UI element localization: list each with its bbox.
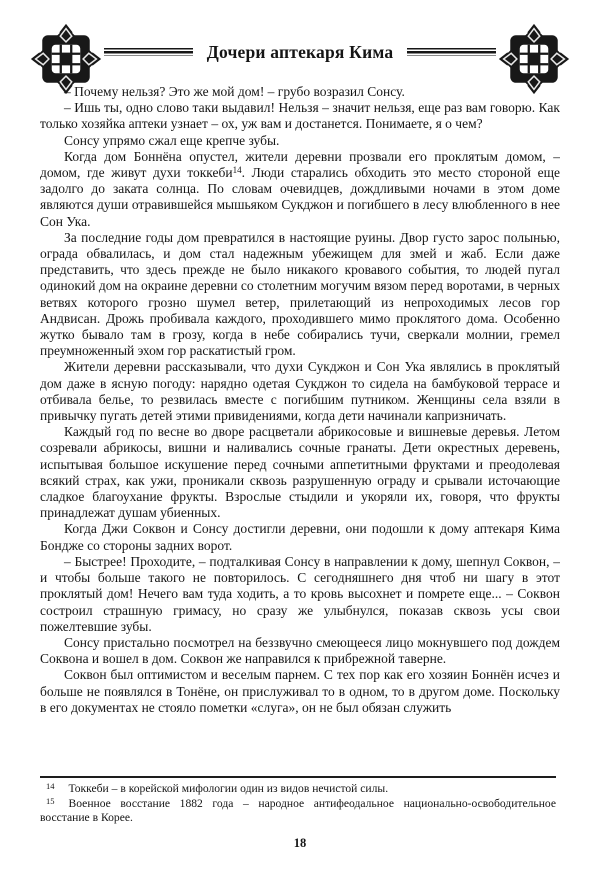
header-rule-right — [407, 48, 496, 57]
footnote-marker: 14 — [46, 781, 55, 791]
paragraph: Сонсу упрямо сжал еще крепче зубы. — [40, 133, 560, 149]
paragraph: – Ишь ты, одно слово таки выдавил! Нельз… — [40, 100, 560, 132]
running-title: Дочери аптекаря Кима — [193, 42, 408, 63]
book-page: Дочери аптекаря Кима — [0, 0, 600, 870]
footnote-item: 15Военное восстание 1882 года – народное… — [40, 797, 556, 826]
paragraph: Когда дом Боннёна опустел, жители деревн… — [40, 149, 560, 230]
paragraph: Когда Джи Соквон и Сонсу достигли деревн… — [40, 521, 560, 553]
footnote-text: Военное восстание 1882 года – народное а… — [40, 797, 556, 825]
header-rule-left — [104, 48, 193, 57]
footnote-text: Токкеби – в корейской мифологии один из … — [69, 782, 389, 795]
paragraph: Каждый год по весне во дворе расцветали … — [40, 424, 560, 521]
paragraph: За последние годы дом превратился в наст… — [40, 230, 560, 360]
paragraph: – Быстрее! Проходите, – подталкивая Сонс… — [40, 554, 560, 635]
paragraph: Сонсу пристально посмотрел на беззвучно … — [40, 635, 560, 667]
footnote-marker: 15 — [46, 796, 55, 806]
paragraph: Жители деревни рассказывали, что духи Су… — [40, 359, 560, 424]
body-text: – Почему нельзя? Это же мой дом! – грубо… — [40, 84, 560, 774]
paragraph: – Почему нельзя? Это же мой дом! – грубо… — [40, 84, 560, 100]
page-number: 18 — [0, 836, 600, 851]
footnote-item: 14Токкеби – в корейской мифологии один и… — [40, 782, 556, 797]
footnote-reference-14: 14 — [233, 165, 242, 175]
footnotes-block: 14Токкеби – в корейской мифологии один и… — [40, 776, 556, 826]
paragraph: Соквон был оптимистом и веселым парнем. … — [40, 667, 560, 716]
